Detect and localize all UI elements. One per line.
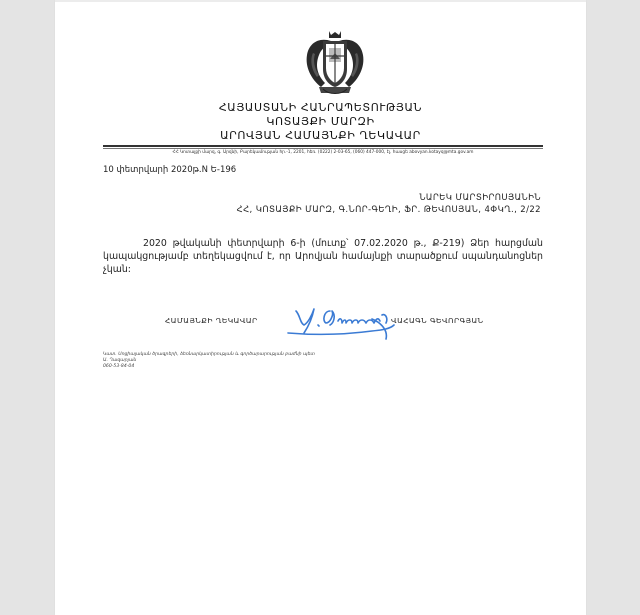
executor-position: Կատ. Սոցիալական ծրագրերի, ձեռնարկատիրութ… [103,352,315,357]
document-page: ՀԱՅԱՍՏԱՆԻ ՀԱՆՐԱՊԵՏՈՒԹՅԱՆ ԿՈՏԱՅՔԻ ՄԱՐԶԻ Ա… [55,0,586,615]
reference-date-number: 10 փետրվարի 2020թ.N Ե-196 [103,165,236,175]
recipient-address: ՀՀ, ԿՈՏԱՅՔԻ ՄԱՐԶ, Գ.ՆՈՐ-ԳԵՂԻ, ՖՐ. ԹԵՎՈՍՅ… [237,205,541,215]
signatory-title: ՀԱՄԱՅՆՔԻ ՂԵԿԱՎԱՐ [165,316,258,325]
letter-body: 2020 թվականի փետրվարի 6-ի (մուտք՝ 07.02.… [103,237,543,276]
page-edge [55,0,586,2]
org-name-region: ԿՈՏԱՅՔԻ ՄԱՐԶԻ [55,115,586,128]
signatory-name: ՎԱՀԱԳՆ ԳԵՎՈՐԳՅԱՆ [391,316,484,325]
armenia-coat-of-arms-icon [301,29,369,97]
header-divider-thin [103,148,543,149]
org-name-community: ԱՐՈՎՅԱՆ ՀԱՄԱՅՆՔԻ ՂԵԿԱՎԱՐ [55,129,586,142]
recipient-name: ՆԱՐԵԿ ՄԱՐՏԻՐՈՍՅԱՆԻՆ [419,193,541,203]
org-name-country: ՀԱՅԱՍՏԱՆԻ ՀԱՆՐԱՊԵՏՈՒԹՅԱՆ [55,101,586,114]
executor-name: Ա. Ղազարյան [103,358,136,363]
letterhead-address: ՀՀ Կոտայքի մարզ, գ. Արզնի, Բարեկամության… [103,150,543,155]
header-divider [103,145,543,147]
executor-phone: 060-53-84-04 [103,364,134,369]
